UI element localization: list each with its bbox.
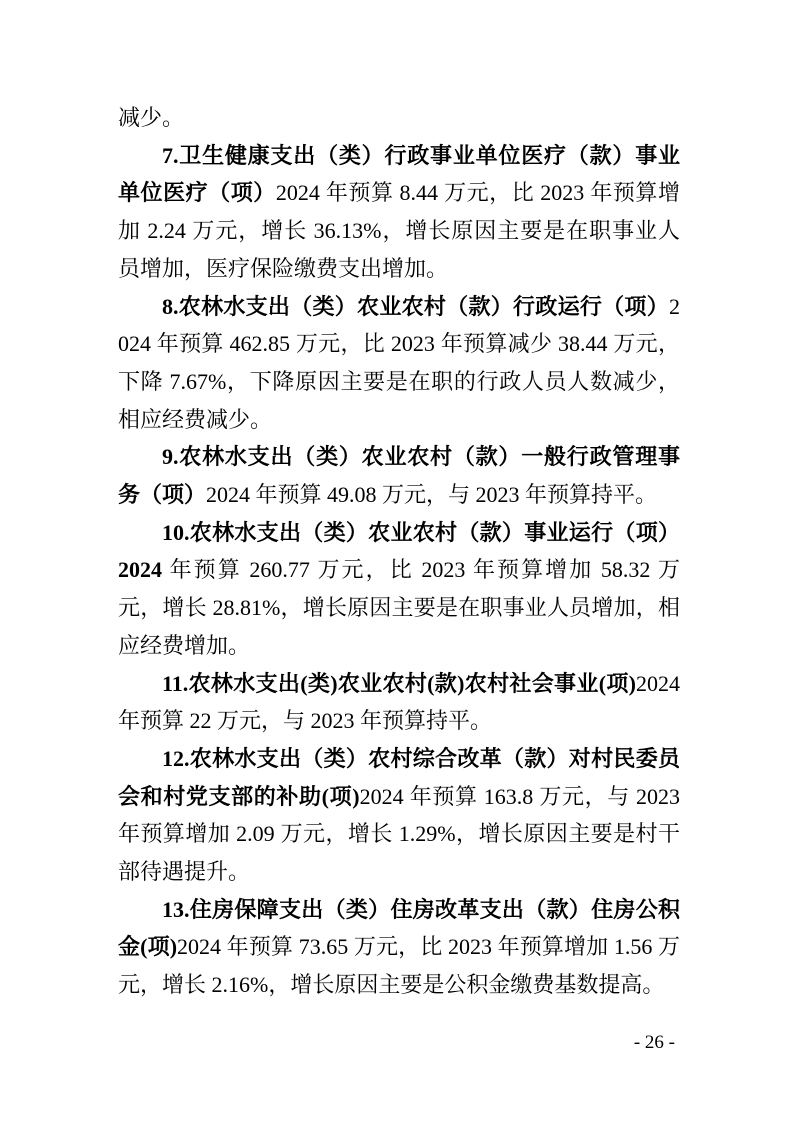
document-body: 减少。 7.卫生健康支出（类）行政事业单位医疗（款）事业单位医疗（项）2024 … <box>118 99 680 1004</box>
paragraph-item-10-body: 年预算 260.77 万元，比 2023 年预算增加 58.32 万元，增长 2… <box>118 557 680 657</box>
paragraph-item-9: 9.农林水支出（类）农业农村（款）一般行政管理事务（项）2024 年预算 49.… <box>118 438 680 513</box>
paragraph-item-11-heading: 11.农林水支出(类)农业农村(款)农村社会事业(项) <box>162 671 636 696</box>
paragraph-item-8: 8.农林水支出（类）农业农村（款）行政运行（项）2024 年预算 462.85 … <box>118 288 680 439</box>
paragraph-item-12: 12.农林水支出（类）农村综合改革（款）对村民委员会和村党支部的补助(项)202… <box>118 740 680 891</box>
paragraph-item-13-body: 2024 年预算 73.65 万元，比 2023 年预算增加 1.56 万元，增… <box>118 934 680 997</box>
paragraph-item-13: 13.住房保障支出（类）住房改革支出（款）住房公积金(项)2024 年预算 73… <box>118 891 680 1004</box>
document-page: 减少。 7.卫生健康支出（类）行政事业单位医疗（款）事业单位医疗（项）2024 … <box>0 0 793 1122</box>
paragraph-continuation: 减少。 <box>118 99 680 137</box>
paragraph-item-11: 11.农林水支出(类)农业农村(款)农村社会事业(项)2024 年预算 22 万… <box>118 665 680 740</box>
paragraph-item-8-heading: 8.农林水支出（类）农业农村（款）行政运行（项） <box>162 294 669 319</box>
page-number: - 26 - <box>634 1031 675 1055</box>
paragraph-item-9-body: 2024 年预算 49.08 万元，与 2023 年预算持平。 <box>206 482 657 507</box>
paragraph-item-10: 10.农林水支出（类）农业农村（款）事业运行（项）2024 年预算 260.77… <box>118 514 680 665</box>
paragraph-item-7: 7.卫生健康支出（类）行政事业单位医疗（款）事业单位医疗（项）2024 年预算 … <box>118 137 680 288</box>
